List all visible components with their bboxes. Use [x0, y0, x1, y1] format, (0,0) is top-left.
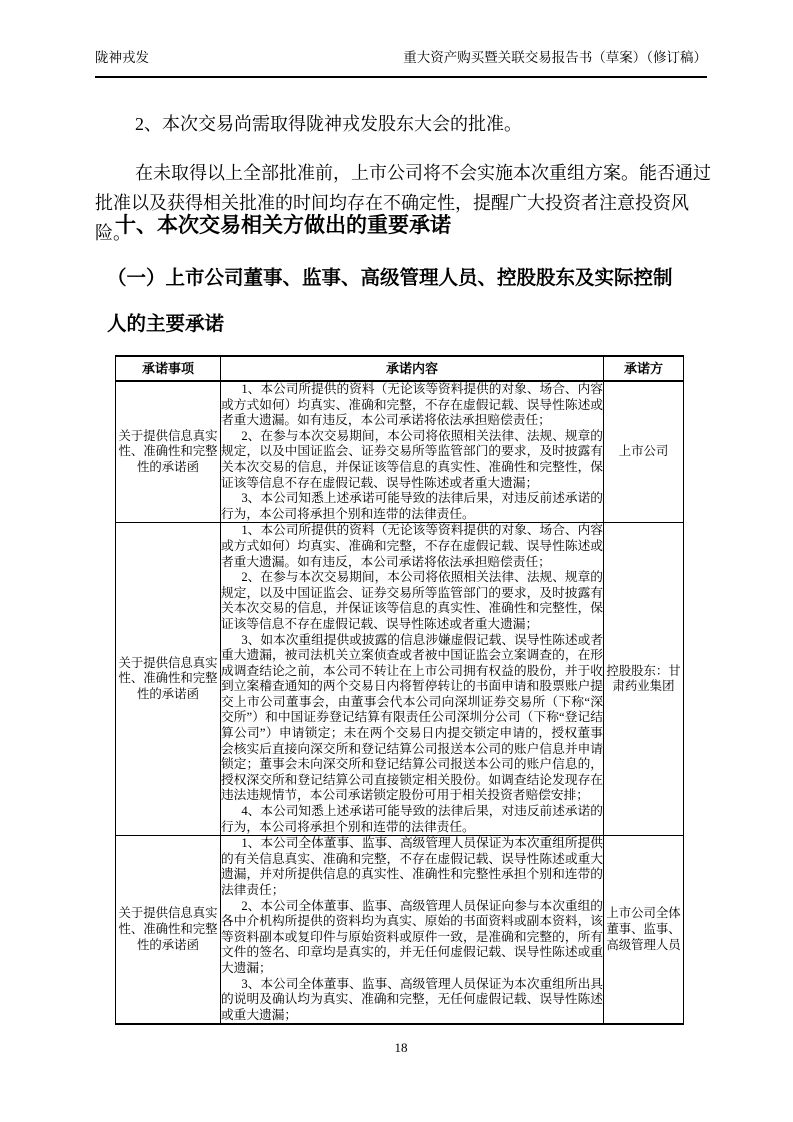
column-header-item: 承诺事项: [116, 356, 221, 381]
commitment-content-cell: 1、本公司所提供的资料（无论该等资料提供的对象、场合、内容或方式如何）均真实、准…: [221, 381, 604, 523]
commitment-paragraph: 2、本公司全体董事、监事、高级管理人员保证向参与本次重组的各中介机构所提供的资料…: [221, 899, 603, 977]
table-row: 关于提供信息真实性、准确性和完整性的承诺函 1、本公司所提供的资料（无论该等资料…: [116, 381, 684, 523]
commitment-paragraph: 2、在参与本次交易期间，本公司将依照相关法律、法规、规章的规定，以及中国证监会、…: [221, 570, 603, 632]
header-right-title: 重大资产购买暨关联交易报告书（草案）（修订稿）: [403, 48, 707, 68]
commitment-item-cell: 关于提供信息真实性、准确性和完整性的承诺函: [116, 381, 221, 523]
commitment-party-cell: 上市公司: [604, 381, 684, 523]
commitment-item-cell: 关于提供信息真实性、准确性和完整性的承诺函: [116, 836, 221, 1025]
commitment-paragraph: 3、本公司知悉上述承诺可能导致的法律后果，对违反前述承诺的行为，本公司将承担个别…: [221, 491, 603, 522]
commitment-party-cell: 控股股东：甘肃药业集团: [604, 523, 684, 836]
commitment-paragraph: 3、本公司全体董事、监事、高级管理人员保证为本次重组所出具的说明及确认均为真实、…: [221, 977, 603, 1024]
commitment-content-cell: 1、本公司所提供的资料（无论该等资料提供的对象、场合、内容或方式如何）均真实、准…: [221, 523, 604, 836]
page-header: 陇神戎发 重大资产购买暨关联交易报告书（草案）（修订稿）: [95, 48, 707, 78]
table-row: 关于提供信息真实性、准确性和完整性的承诺函 1、本公司所提供的资料（无论该等资料…: [116, 523, 684, 836]
commitment-paragraph: 2、在参与本次交易期间，本公司将依照相关法律、法规、规章的规定，以及中国证监会、…: [221, 429, 603, 491]
commitment-paragraph: 1、本公司所提供的资料（无论该等资料提供的对象、场合、内容或方式如何）均真实、准…: [221, 523, 603, 570]
header-left-title: 陇神戎发: [95, 48, 149, 68]
commitment-party-cell: 上市公司全体董事、监事、高级管理人员: [604, 836, 684, 1025]
section-heading: 十、本次交易相关方做出的重要承诺: [115, 211, 735, 241]
commitment-paragraph: 3、如本次重组提供或披露的信息涉嫌虚假记载、误导性陈述或者重大遗漏，被司法机关立…: [221, 633, 603, 805]
commitment-paragraph: 1、本公司所提供的资料（无论该等资料提供的对象、场合、内容或方式如何）均真实、准…: [221, 382, 603, 429]
commitments-table: 承诺事项 承诺内容 承诺方 关于提供信息真实性、准确性和完整性的承诺函 1、本公…: [115, 355, 684, 1025]
table-header-row: 承诺事项 承诺内容 承诺方: [116, 356, 684, 381]
commitment-item-cell: 关于提供信息真实性、准确性和完整性的承诺函: [116, 523, 221, 836]
column-header-party: 承诺方: [604, 356, 684, 381]
page-number: 18: [95, 1040, 707, 1056]
commitment-paragraph: 4、本公司知悉上述承诺可能导致的法律后果，对违反前述承诺的行为，本公司将承担个别…: [221, 804, 603, 835]
commitment-content-cell: 1、本公司全体董事、监事、高级管理人员保证为本次重组所提供的有关信息真实、准确和…: [221, 836, 604, 1025]
commitment-paragraph: 1、本公司全体董事、监事、高级管理人员保证为本次重组所提供的有关信息真实、准确和…: [221, 836, 603, 898]
paragraph-approval-item: 2、本次交易尚需取得陇神戎发股东大会的批准。: [95, 109, 715, 139]
column-header-content: 承诺内容: [221, 356, 604, 381]
table-row: 关于提供信息真实性、准确性和完整性的承诺函 1、本公司全体董事、监事、高级管理人…: [116, 836, 684, 1025]
subsection-heading: （一）上市公司董事、监事、高级管理人员、控股股东及实际控制人的主要承诺: [107, 255, 682, 347]
